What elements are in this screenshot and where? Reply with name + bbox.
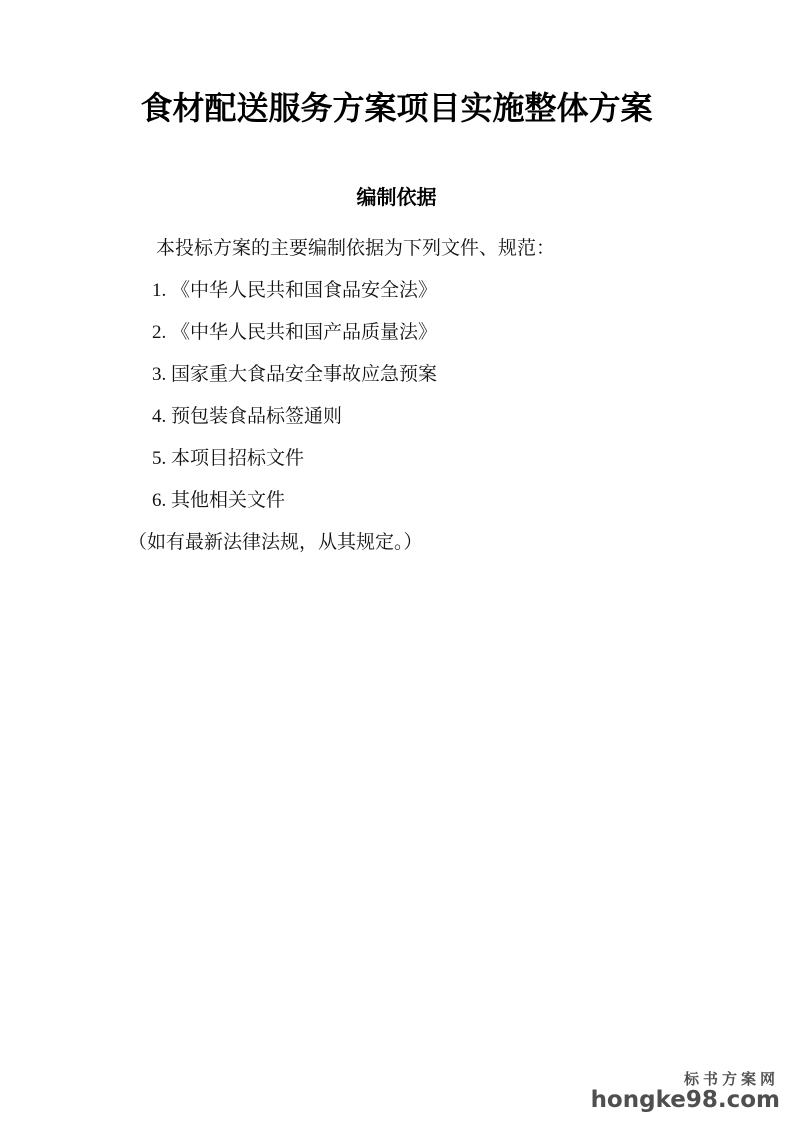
note-paragraph: （如有最新法律法规，从其规定。） bbox=[128, 531, 793, 555]
list-item-4: 4. 预包装食品标签通则 bbox=[152, 405, 793, 429]
list-item-3: 3. 国家重大食品安全事故应急预案 bbox=[152, 363, 793, 387]
document-page: 食材配送服务方案项目实施整体方案 编制依据 本投标方案的主要编制依据为下列文件、… bbox=[0, 0, 793, 1122]
list-item-2: 2. 《中华人民共和国产品质量法》 bbox=[152, 321, 793, 345]
watermark-domain-text: hongke98.com bbox=[591, 1089, 780, 1112]
section-heading: 编制依据 bbox=[0, 187, 793, 210]
intro-paragraph: 本投标方案的主要编制依据为下列文件、规范： bbox=[156, 237, 793, 261]
list-item-1: 1. 《中华人民共和国食品安全法》 bbox=[152, 279, 793, 303]
document-title: 食材配送服务方案项目实施整体方案 bbox=[0, 0, 793, 127]
watermark-brand-text: 标书方案网 bbox=[591, 1071, 779, 1088]
watermark: 标书方案网 hongke98.com bbox=[591, 1071, 780, 1113]
list-item-6: 6. 其他相关文件 bbox=[152, 489, 793, 513]
list-item-5: 5. 本项目招标文件 bbox=[152, 447, 793, 471]
